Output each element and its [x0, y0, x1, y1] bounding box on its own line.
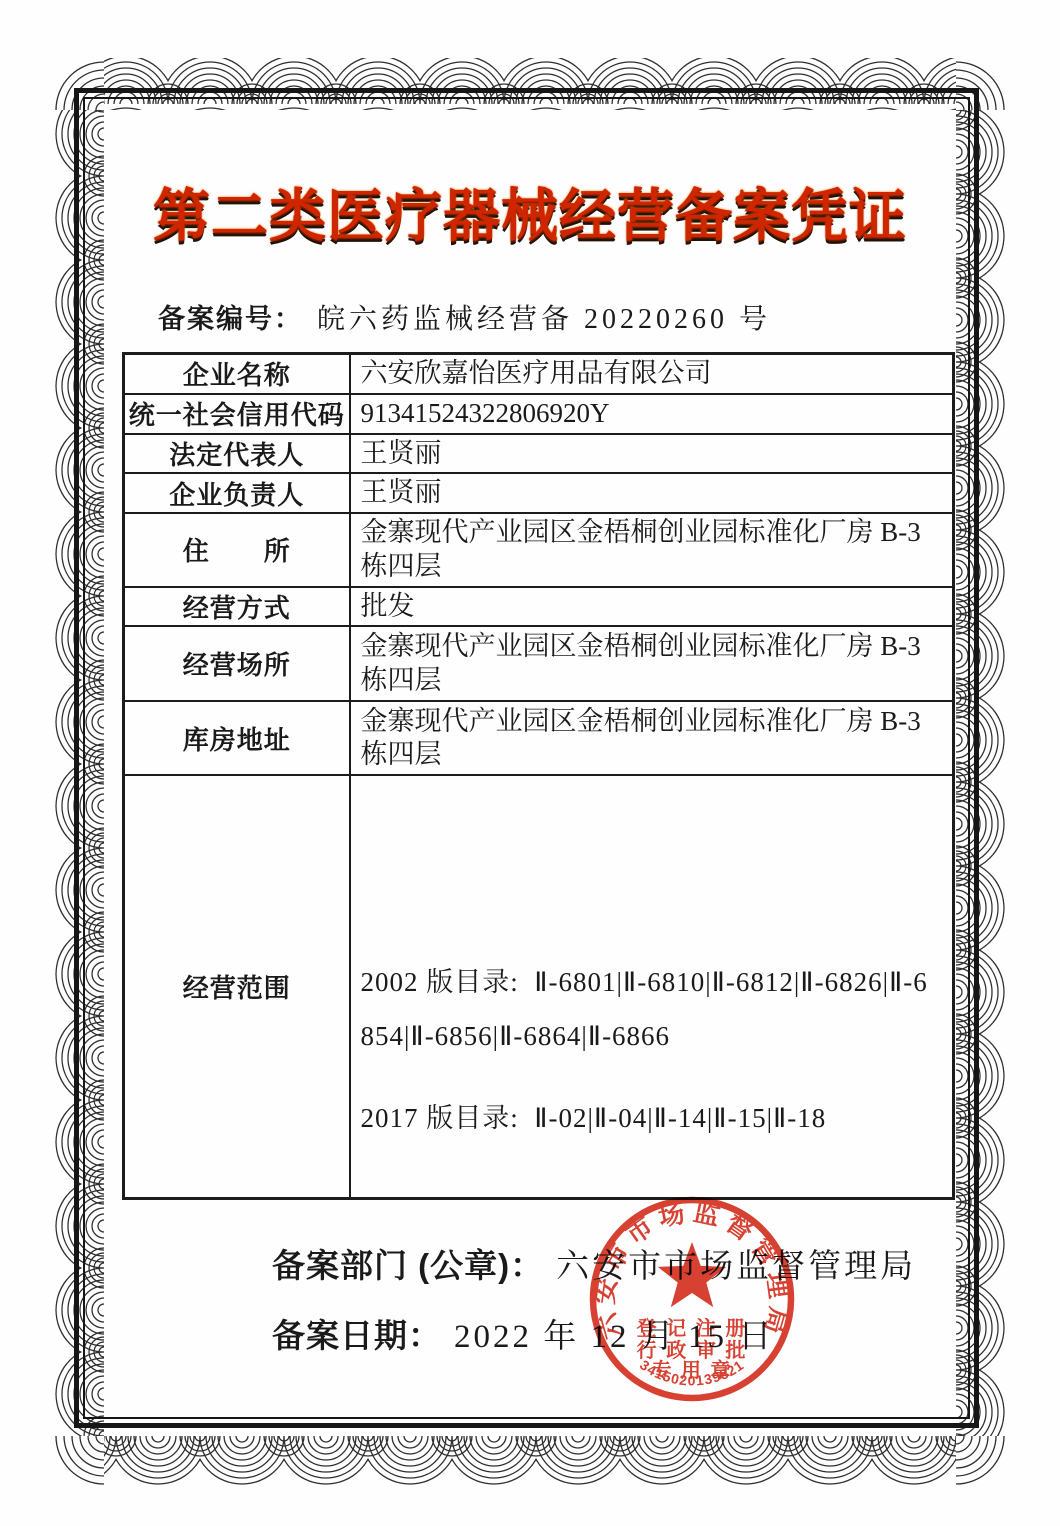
row-value: 王贤丽 [350, 434, 954, 474]
table-row: 企业负责人 王贤丽 [124, 473, 954, 513]
scope-catalog-2002: 2002 版目录: Ⅱ-6801|Ⅱ-6810|Ⅱ-6812|Ⅱ-6826|Ⅱ-… [361, 955, 943, 1063]
row-value: 2002 版目录: Ⅱ-6801|Ⅱ-6810|Ⅱ-6812|Ⅱ-6826|Ⅱ-… [350, 775, 954, 1198]
row-label: 库房地址 [124, 701, 350, 775]
official-seal-stamp: 六安市市场监督管理局 登 记 注 册 行 政 审 批 专 用 章 3415020… [586, 1193, 798, 1405]
filing-date-label: 备案日期： [272, 1310, 442, 1357]
certificate-title: 第二类医疗器械经营备案凭证 第二类医疗器械经营备案凭证 [88, 170, 972, 256]
certificate-page: 第二类医疗器械经营备案凭证 第二类医疗器械经营备案凭证 备案编号： 皖六药监械经… [0, 0, 1060, 1526]
row-value: 金寨现代产业园区金梧桐创业园标准化厂房 B-3 栋四层 [350, 513, 954, 587]
seal-text-row2: 行 政 审 批 [637, 1338, 748, 1362]
table-row-business-scope: 经营范围 2002 版目录: Ⅱ-6801|Ⅱ-6810|Ⅱ-6812|Ⅱ-68… [124, 775, 954, 1198]
row-value: 金寨现代产业园区金梧桐创业园标准化厂房 B-3 栋四层 [350, 626, 954, 701]
certificate-title-text: 第二类医疗器械经营备案凭证 [88, 170, 972, 252]
row-label: 企业负责人 [124, 473, 350, 513]
table-row: 库房地址 金寨现代产业园区金梧桐创业园标准化厂房 B-3 栋四层 [124, 701, 954, 775]
table-row: 住 所 金寨现代产业园区金梧桐创业园标准化厂房 B-3 栋四层 [124, 513, 954, 587]
row-label: 法定代表人 [124, 434, 350, 474]
row-value: 王贤丽 [350, 473, 954, 513]
company-info-table: 企业名称 六安欣嘉怡医疗用品有限公司 统一社会信用代码 913415243228… [122, 352, 955, 1200]
table-row: 经营方式 批发 [124, 587, 954, 627]
record-number-label: 备案编号： [158, 297, 303, 336]
row-label: 经营方式 [124, 587, 350, 627]
row-value: 批发 [350, 587, 954, 627]
record-number-line: 备案编号： 皖六药监械经营备 20220260 号 [158, 297, 771, 337]
seal-star-icon [658, 1242, 726, 1307]
row-label: 经营场所 [124, 626, 350, 701]
filing-department-label: 备案部门 (公章)： [272, 1240, 544, 1287]
table-row: 企业名称 六安欣嘉怡医疗用品有限公司 [124, 354, 954, 394]
table-row: 统一社会信用代码 91341524322806920Y [124, 394, 954, 434]
table-row: 经营场所 金寨现代产业园区金梧桐创业园标准化厂房 B-3 栋四层 [124, 626, 954, 701]
table-row: 法定代表人 王贤丽 [124, 434, 954, 474]
row-label: 经营范围 [124, 775, 350, 1198]
row-label: 企业名称 [124, 354, 350, 394]
row-value: 91341524322806920Y [350, 394, 954, 434]
scope-catalog-2017: 2017 版目录: Ⅱ-02|Ⅱ-04|Ⅱ-14|Ⅱ-15|Ⅱ-18 [361, 1091, 943, 1145]
seal-text-row1: 登 记 注 册 [636, 1316, 748, 1340]
scope-catalog-block: 2002 版目录: Ⅱ-6801|Ⅱ-6810|Ⅱ-6812|Ⅱ-6826|Ⅱ-… [361, 955, 943, 1145]
row-value: 六安欣嘉怡医疗用品有限公司 [350, 354, 954, 394]
row-label: 统一社会信用代码 [124, 394, 350, 434]
row-label: 住 所 [124, 513, 350, 587]
row-value: 金寨现代产业园区金梧桐创业园标准化厂房 B-3 栋四层 [350, 701, 954, 775]
record-number-value: 皖六药监械经营备 20220260 号 [317, 297, 771, 337]
